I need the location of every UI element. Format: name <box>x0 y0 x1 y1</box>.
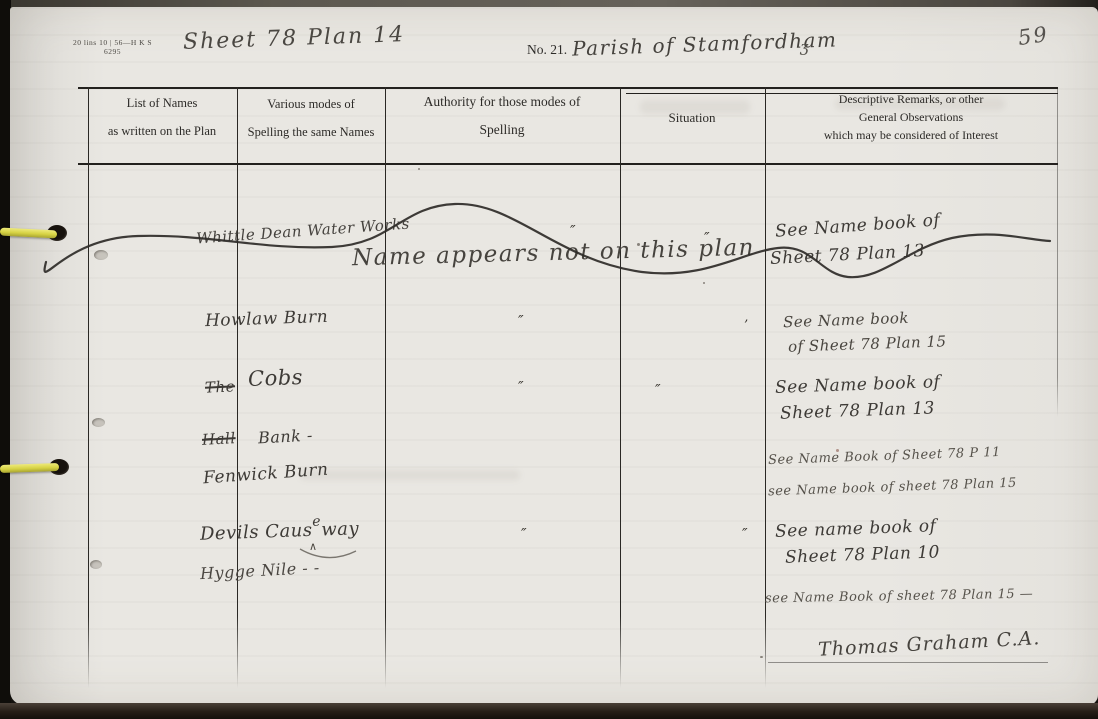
paper-speck <box>418 168 420 170</box>
column-line-right <box>1057 87 1058 417</box>
ditto-situation-row2: ’ <box>744 318 748 333</box>
paper-speck <box>637 243 640 246</box>
paper-speck <box>703 282 705 284</box>
caret-mark: ∧ <box>309 540 318 553</box>
col-header-names-line1: List of Names <box>127 96 198 111</box>
col-header-situation: Situation <box>669 110 716 126</box>
page-bottom-edge <box>0 703 1098 719</box>
column-line-left <box>88 87 89 688</box>
header-separator-rule <box>78 163 1058 165</box>
ditto-situation-row6: ″ <box>742 525 748 543</box>
ditto-authority-row6: ″ <box>521 525 527 543</box>
col-header-remarks-line3: which may be considered of Interest <box>824 128 998 143</box>
col-header-spelling-line1: Various modes of <box>267 97 355 112</box>
ditto-authority-row3: ″ <box>518 378 524 396</box>
col-header-spelling-line2: Spelling the same Names <box>248 125 375 140</box>
causeway-base-text: Devils Caus <box>200 520 313 545</box>
page-number: 59 <box>1016 22 1050 50</box>
causeway-inserted-letter: e <box>312 514 321 530</box>
column-line-3 <box>620 87 621 688</box>
col-header-remarks-line1: Descriptive Remarks, or other <box>839 92 984 107</box>
ditto-authority-row1: ″ <box>570 222 576 240</box>
ditto-situation-row3: ″ <box>655 381 661 399</box>
column-line-2 <box>385 87 386 688</box>
col-header-names-line2: as written on the Plan <box>108 124 216 139</box>
print-code-line2: 6295 <box>73 47 152 56</box>
flourish-mark: ʒ <box>800 38 809 56</box>
col-header-remarks-line2: General Observations <box>859 110 963 125</box>
print-code-stamp: 20 lins 10 | 56—H K S 6295 <box>73 38 152 56</box>
table-top-rule <box>78 87 1058 89</box>
ditto-authority-row2: ″ <box>518 312 524 330</box>
causeway-tail-text: way <box>321 518 360 540</box>
entry-name-cobs-struck-word: The <box>205 377 236 397</box>
entry-name-cobs: Cobs <box>248 365 304 391</box>
paper-speck <box>760 656 763 658</box>
bleedthrough-smudge <box>300 470 520 480</box>
signature-underline <box>768 662 1048 663</box>
paper-dent <box>90 560 102 569</box>
paper-dent <box>92 418 105 427</box>
col-header-authority-line2: Spelling <box>479 122 524 138</box>
entry-name-hall-struck-word: Hall <box>202 429 237 449</box>
print-code-line1: 20 lins 10 | 56—H K S <box>73 38 152 47</box>
number-label: No. 21. <box>527 42 567 58</box>
column-line-1 <box>237 87 238 688</box>
document-scan: 20 lins 10 | 56—H K S 6295 Sheet 78 Plan… <box>0 0 1098 719</box>
paper-dent <box>94 250 108 260</box>
col-header-authority-line1: Authority for those modes of <box>424 94 581 110</box>
paper-speck <box>836 449 839 452</box>
entry-name-hall-bank: Bank - <box>258 426 314 448</box>
